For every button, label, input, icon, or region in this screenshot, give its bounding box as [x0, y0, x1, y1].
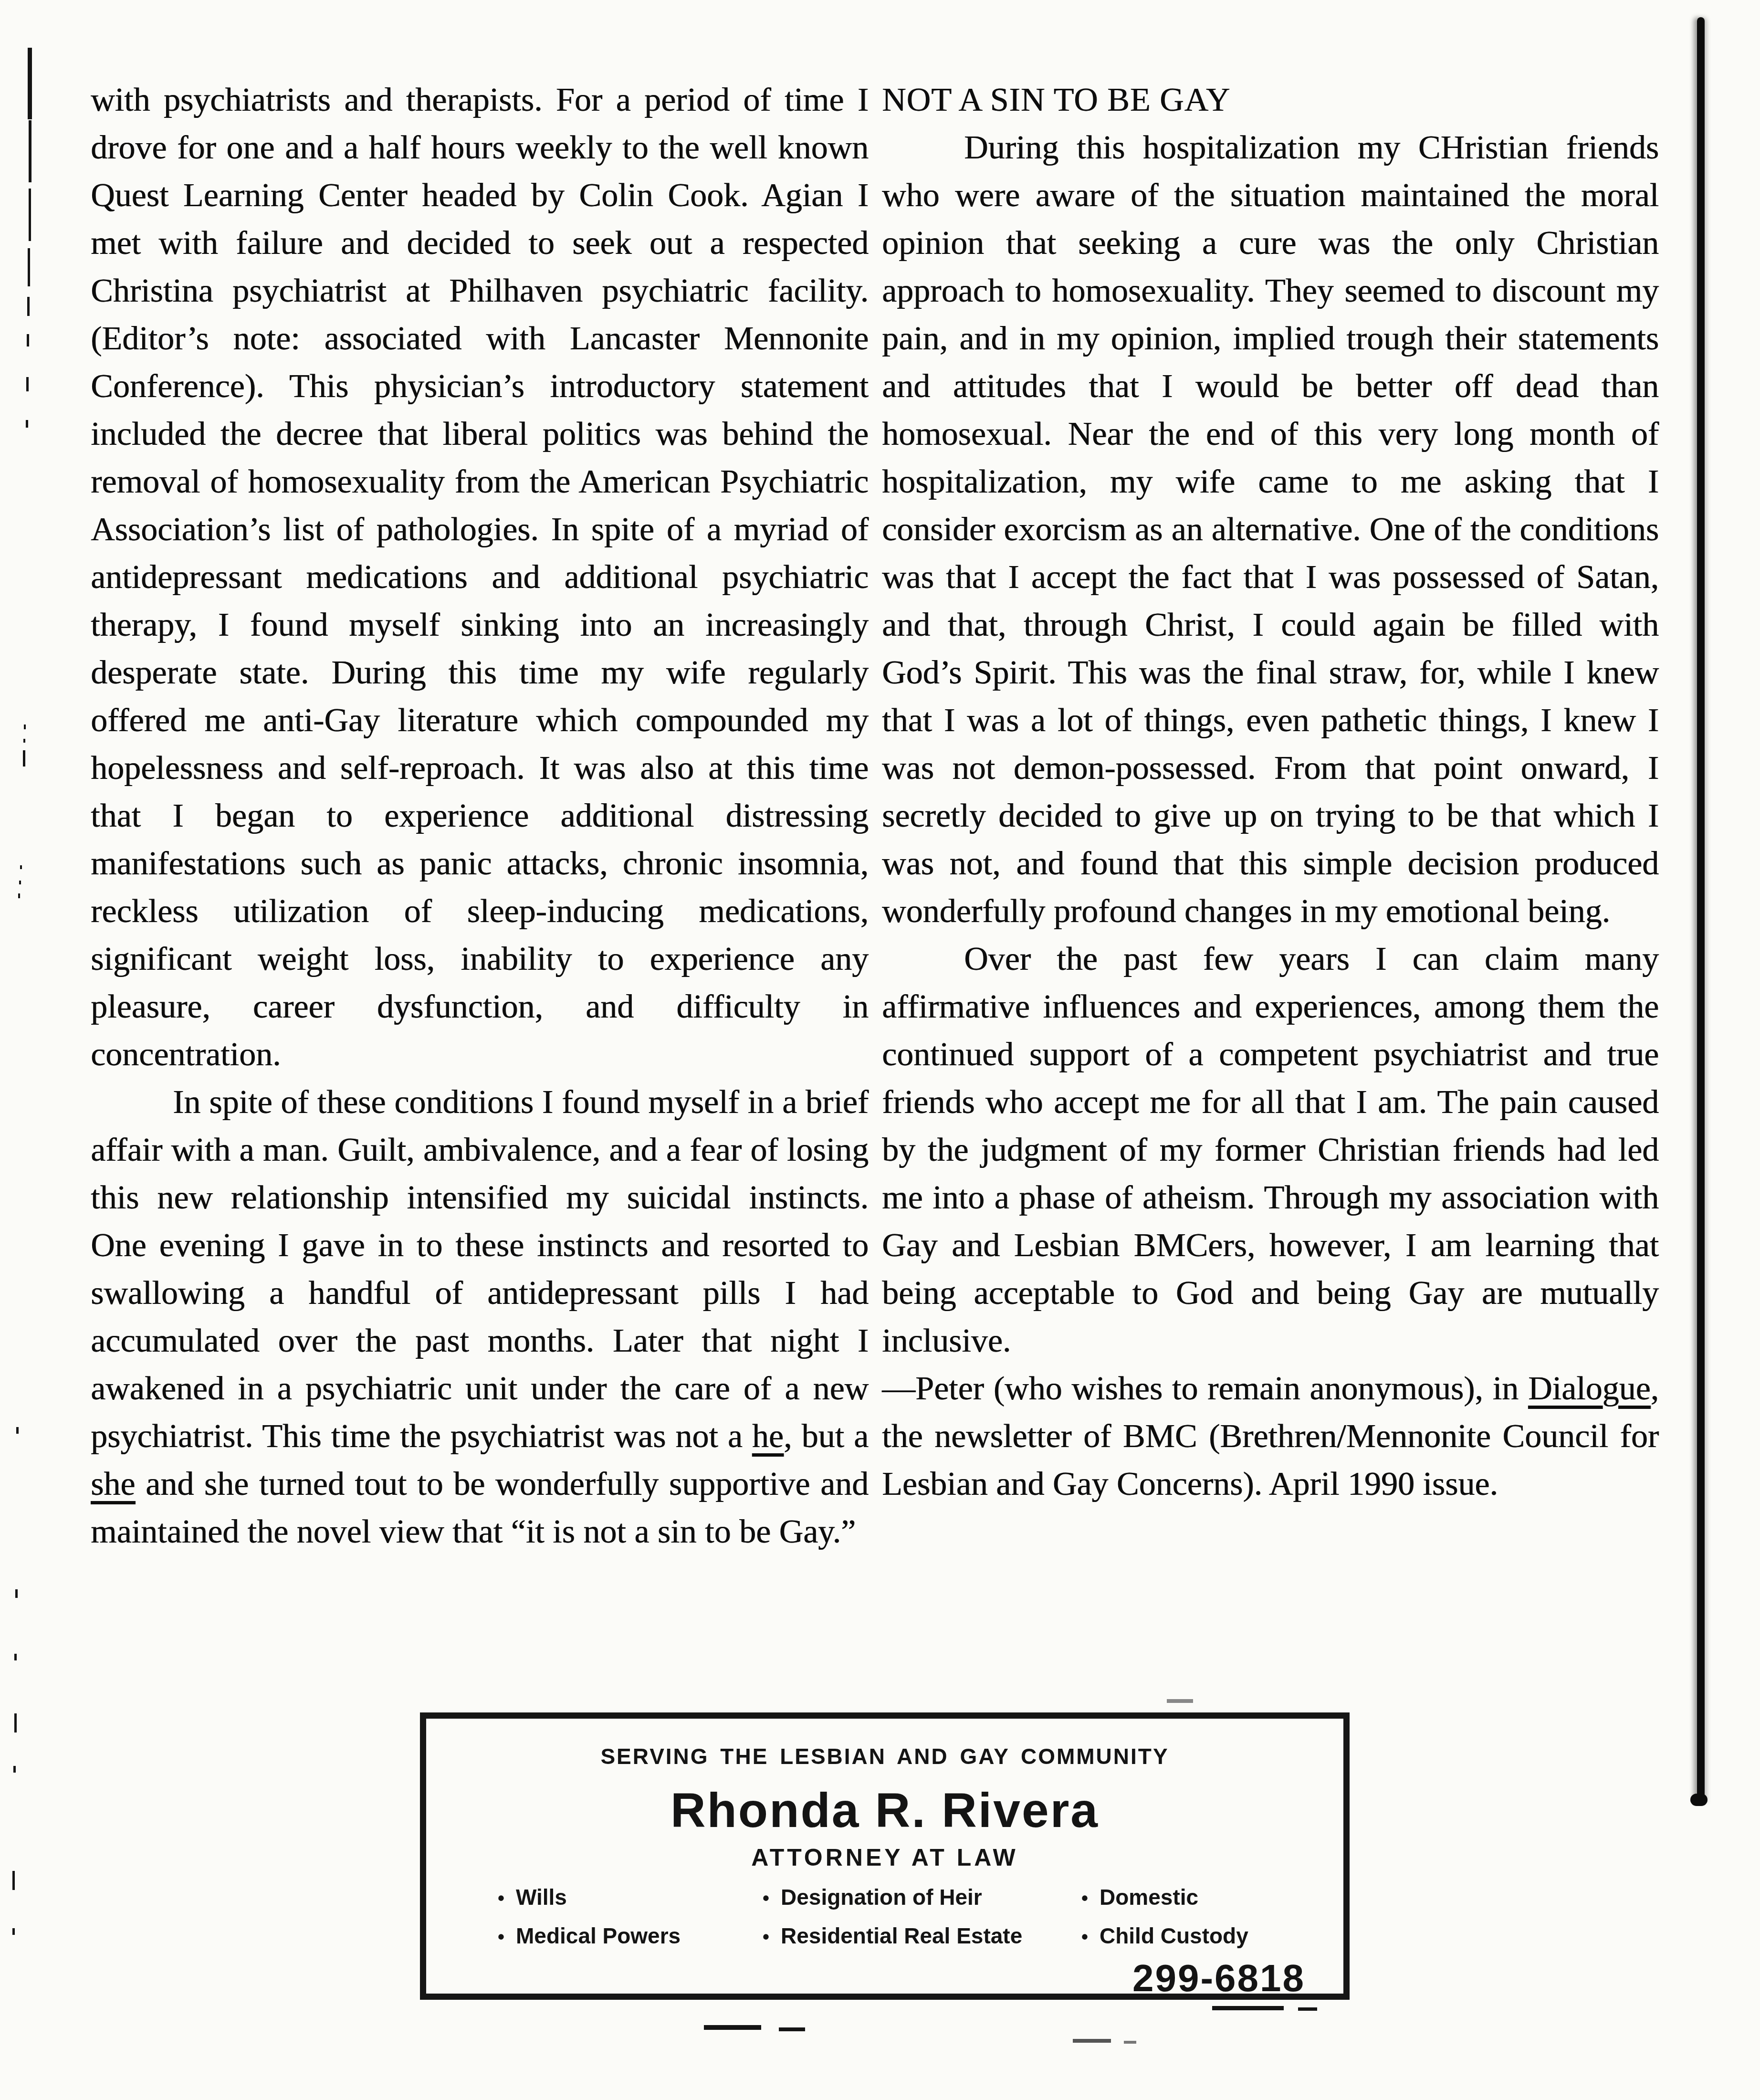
scan-mark [28, 248, 30, 286]
service-item: •Domestic [1081, 1885, 1324, 1911]
left-column: with psychiatrists and therapists. For a… [91, 76, 869, 1556]
text-segment: Over the past few years I can claim many… [882, 941, 1659, 1359]
ad-tagline: SERVING THE LESBIAN AND GAY COMMUNITY [426, 1743, 1343, 1769]
service-item: •Designation of Heir [763, 1885, 1081, 1911]
service-label: Wills [516, 1885, 567, 1910]
scan-mark [18, 893, 20, 898]
scan-mark [704, 2025, 761, 2030]
scan-mark [16, 1427, 19, 1434]
paragraph: with psychiatrists and therapists. For a… [91, 76, 869, 1079]
text-segment: with psychiatrists and therapists. For a… [91, 82, 869, 1073]
ad-attorney-title: ATTORNEY AT LAW [426, 1844, 1343, 1871]
scan-mark [12, 1928, 15, 1935]
scan-mark [27, 334, 29, 346]
text-segment: —Peter (who wishes to remain anonymous),… [882, 1370, 1528, 1407]
scan-mark [15, 1589, 18, 1598]
scan-mark [26, 420, 28, 428]
underlined-text: Dialogue [1528, 1370, 1651, 1407]
bullet-icon: • [763, 1886, 769, 1911]
service-item: •Wills [498, 1885, 763, 1911]
scan-mark [24, 724, 26, 729]
scan-mark [27, 297, 30, 316]
scanned-newsletter-page: with psychiatrists and therapists. For a… [0, 0, 1760, 2100]
bullet-icon: • [1081, 1886, 1088, 1911]
bullet-icon: • [498, 1925, 504, 1950]
paragraph: In spite of these conditions I found mys… [91, 1079, 869, 1556]
ad-phone-number: 299-6818 [1132, 1956, 1305, 2000]
scan-mark [779, 2027, 805, 2031]
scan-mark [12, 1871, 15, 1890]
right-column-text: During this hospitalization my CHristian… [882, 124, 1659, 1508]
scan-mark [1167, 1699, 1193, 1703]
scan-mark [20, 865, 22, 869]
bullet-icon: • [763, 1925, 769, 1950]
scan-edge-line [1697, 17, 1705, 1802]
scan-mark [19, 881, 21, 884]
service-column: •Domestic•Child Custody [1081, 1885, 1324, 1950]
service-column: •Designation of Heir•Residential Real Es… [763, 1885, 1081, 1950]
paragraph: During this hospitalization my CHristian… [882, 124, 1659, 935]
service-column: •Wills•Medical Powers [498, 1885, 763, 1950]
scan-mark [28, 48, 32, 119]
scan-mark [29, 120, 31, 182]
service-label: Designation of Heir [781, 1885, 982, 1910]
paragraph: Over the past few years I can claim many… [882, 935, 1659, 1365]
service-label: Residential Real Estate [781, 1923, 1022, 1948]
text-segment: and she turned tout to be wonderfully su… [91, 1466, 869, 1550]
scan-mark [29, 189, 31, 241]
service-label: Child Custody [1100, 1923, 1248, 1948]
service-item: •Medical Powers [498, 1923, 763, 1950]
underlined-text: he [752, 1418, 784, 1455]
article-heading: NOT A SIN TO BE GAY [882, 76, 1659, 124]
right-column: NOT A SIN TO BE GAY During this hospital… [882, 76, 1659, 1508]
scan-mark [1073, 2039, 1111, 2043]
paragraph: —Peter (who wishes to remain anonymous),… [882, 1365, 1659, 1508]
text-segment: During this hospitalization my CHristian… [882, 129, 1659, 930]
scan-mark [1298, 2007, 1317, 2011]
service-item: •Residential Real Estate [763, 1923, 1081, 1950]
ad-attorney-name: Rhonda R. Rivera [426, 1783, 1343, 1838]
bullet-icon: • [1081, 1925, 1088, 1950]
scan-mark [14, 1713, 17, 1732]
scan-mark [23, 739, 25, 743]
service-item: •Child Custody [1081, 1923, 1324, 1950]
text-segment: In spite of these conditions I found mys… [91, 1084, 869, 1455]
underlined-text: she [91, 1466, 135, 1502]
scan-mark [26, 377, 29, 391]
attorney-ad-box: SERVING THE LESBIAN AND GAY COMMUNITY Rh… [420, 1712, 1350, 2000]
ad-services-list: •Wills•Medical Powers•Designation of Hei… [498, 1885, 1324, 1950]
scan-mark [23, 750, 25, 766]
scan-mark [1212, 2006, 1284, 2010]
scan-mark [13, 1766, 16, 1773]
service-label: Domestic [1100, 1885, 1198, 1910]
text-segment: , but a [784, 1418, 869, 1455]
scan-mark [14, 1654, 17, 1660]
scan-edge-blob [1690, 1794, 1708, 1806]
service-label: Medical Powers [516, 1923, 681, 1948]
scan-mark [1124, 2041, 1136, 2044]
bullet-icon: • [498, 1886, 504, 1911]
